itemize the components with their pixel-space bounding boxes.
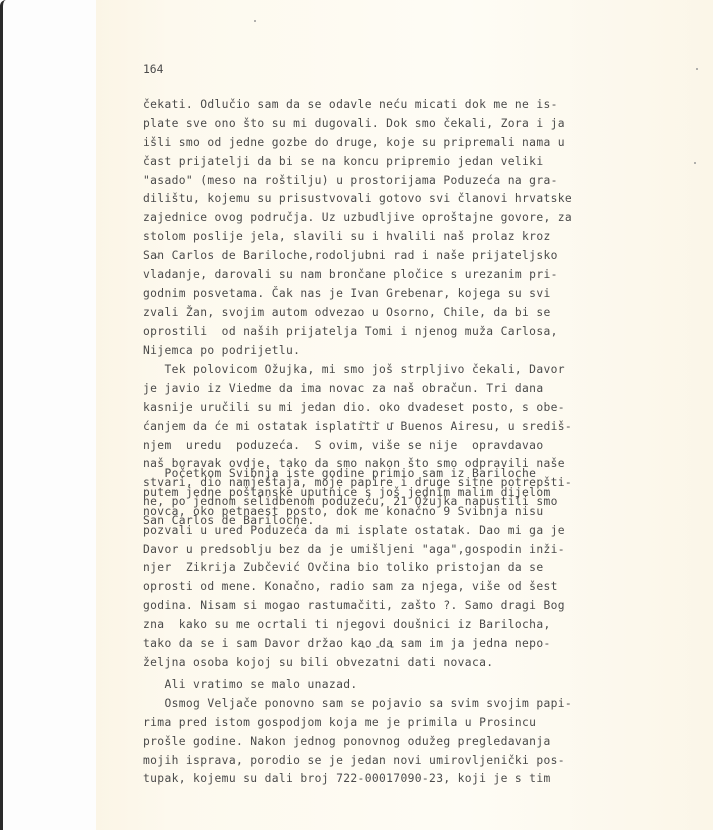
text-line: išli smo od jedne gozbe do druge, koje s… bbox=[143, 134, 572, 153]
section-separator: - - - bbox=[143, 414, 613, 433]
text-line: novca, oko petnaest posto, dok me konačn… bbox=[143, 503, 565, 522]
text-line: pozvali u ured Poduzeća da mi isplate os… bbox=[143, 522, 565, 541]
scan-speck bbox=[696, 68, 698, 70]
text-line: prošle godine. Nakon jednog ponovnog odu… bbox=[143, 733, 572, 752]
text-line: stolom poslije jela, slavili su i hvalil… bbox=[143, 228, 572, 247]
text-line: Tek polovicom Ožujka, mi smo još strplji… bbox=[143, 361, 572, 380]
text-line: oprosti od mene. Konačno, radio sam za n… bbox=[143, 578, 565, 597]
text-line: San Carlos de Bariloche,rodoljubni rad i… bbox=[143, 247, 572, 266]
text-line: godnim posvetama. Čak nas je Ivan Greben… bbox=[143, 285, 572, 304]
text-line: Davor u predsoblju bez da je umišljeni "… bbox=[143, 541, 565, 560]
text-line: dilištu, kojemu su prisustvovali gotovo … bbox=[143, 190, 572, 209]
text-line: zajednice ovog područja. Uz uzbudljive o… bbox=[143, 209, 572, 228]
text-line: mojih isprava, porodio se je jedan novi … bbox=[143, 752, 572, 771]
text-line: oprostili od naših prijatelja Tomi i nje… bbox=[143, 323, 572, 342]
text-line: rima pred istom gospodjom koja me je pri… bbox=[143, 714, 572, 733]
document-page: 164 čekati. Odlučio sam da se odavle neć… bbox=[96, 0, 713, 830]
paragraph: čekati. Odlučio sam da se odavle neću mi… bbox=[143, 96, 572, 360]
text-line: čekati. Odlučio sam da se odavle neću mi… bbox=[143, 96, 572, 115]
scan-speck bbox=[156, 256, 158, 258]
text-line: Početkom Svibnja iste godine primio sam … bbox=[143, 465, 565, 484]
scan-speck bbox=[694, 162, 696, 164]
text-line: zna kako su me ocrtali ti njegovi doušni… bbox=[143, 616, 565, 635]
text-line: zvali Žan, svojim autom odvezao u Osorno… bbox=[143, 304, 572, 323]
text-line: putem jedne poštanske uputnice s još jed… bbox=[143, 484, 565, 503]
text-line: "asado" (meso na roštilju) u prostorijam… bbox=[143, 172, 572, 191]
text-line: čast prijatelji da bi se na koncu pripre… bbox=[143, 153, 572, 172]
scan-speck bbox=[254, 20, 256, 22]
text-line: Nijemca po podrijetlu. bbox=[143, 342, 572, 361]
text-line: plate sve ono što su mi dugovali. Dok sm… bbox=[143, 115, 572, 134]
text-line: vladanje, darovali su nam brončane ploči… bbox=[143, 266, 572, 285]
text-line: godina. Nisam si mogao rastumačiti, zašt… bbox=[143, 597, 565, 616]
text-line: njem uredu poduzeća. S ovim, više se nij… bbox=[143, 437, 572, 456]
text-line: je javio iz Viedme da ima novac za naš o… bbox=[143, 380, 572, 399]
section-separator: - - - bbox=[143, 638, 613, 657]
paragraph: Ali vratimo se malo unazad. Osmog Veljač… bbox=[143, 676, 572, 789]
text-line: Osmog Veljače ponovno sam se pojavio sa … bbox=[143, 695, 572, 714]
text-line: tupak, kojemu su dali broj 722-00017090-… bbox=[143, 770, 572, 789]
text-line: Ali vratimo se malo unazad. bbox=[143, 676, 572, 695]
page-number: 164 bbox=[143, 63, 163, 76]
scan-margin bbox=[0, 0, 96, 830]
text-line: njer Zikrija Zubčević Ovčina bio toliko … bbox=[143, 559, 565, 578]
